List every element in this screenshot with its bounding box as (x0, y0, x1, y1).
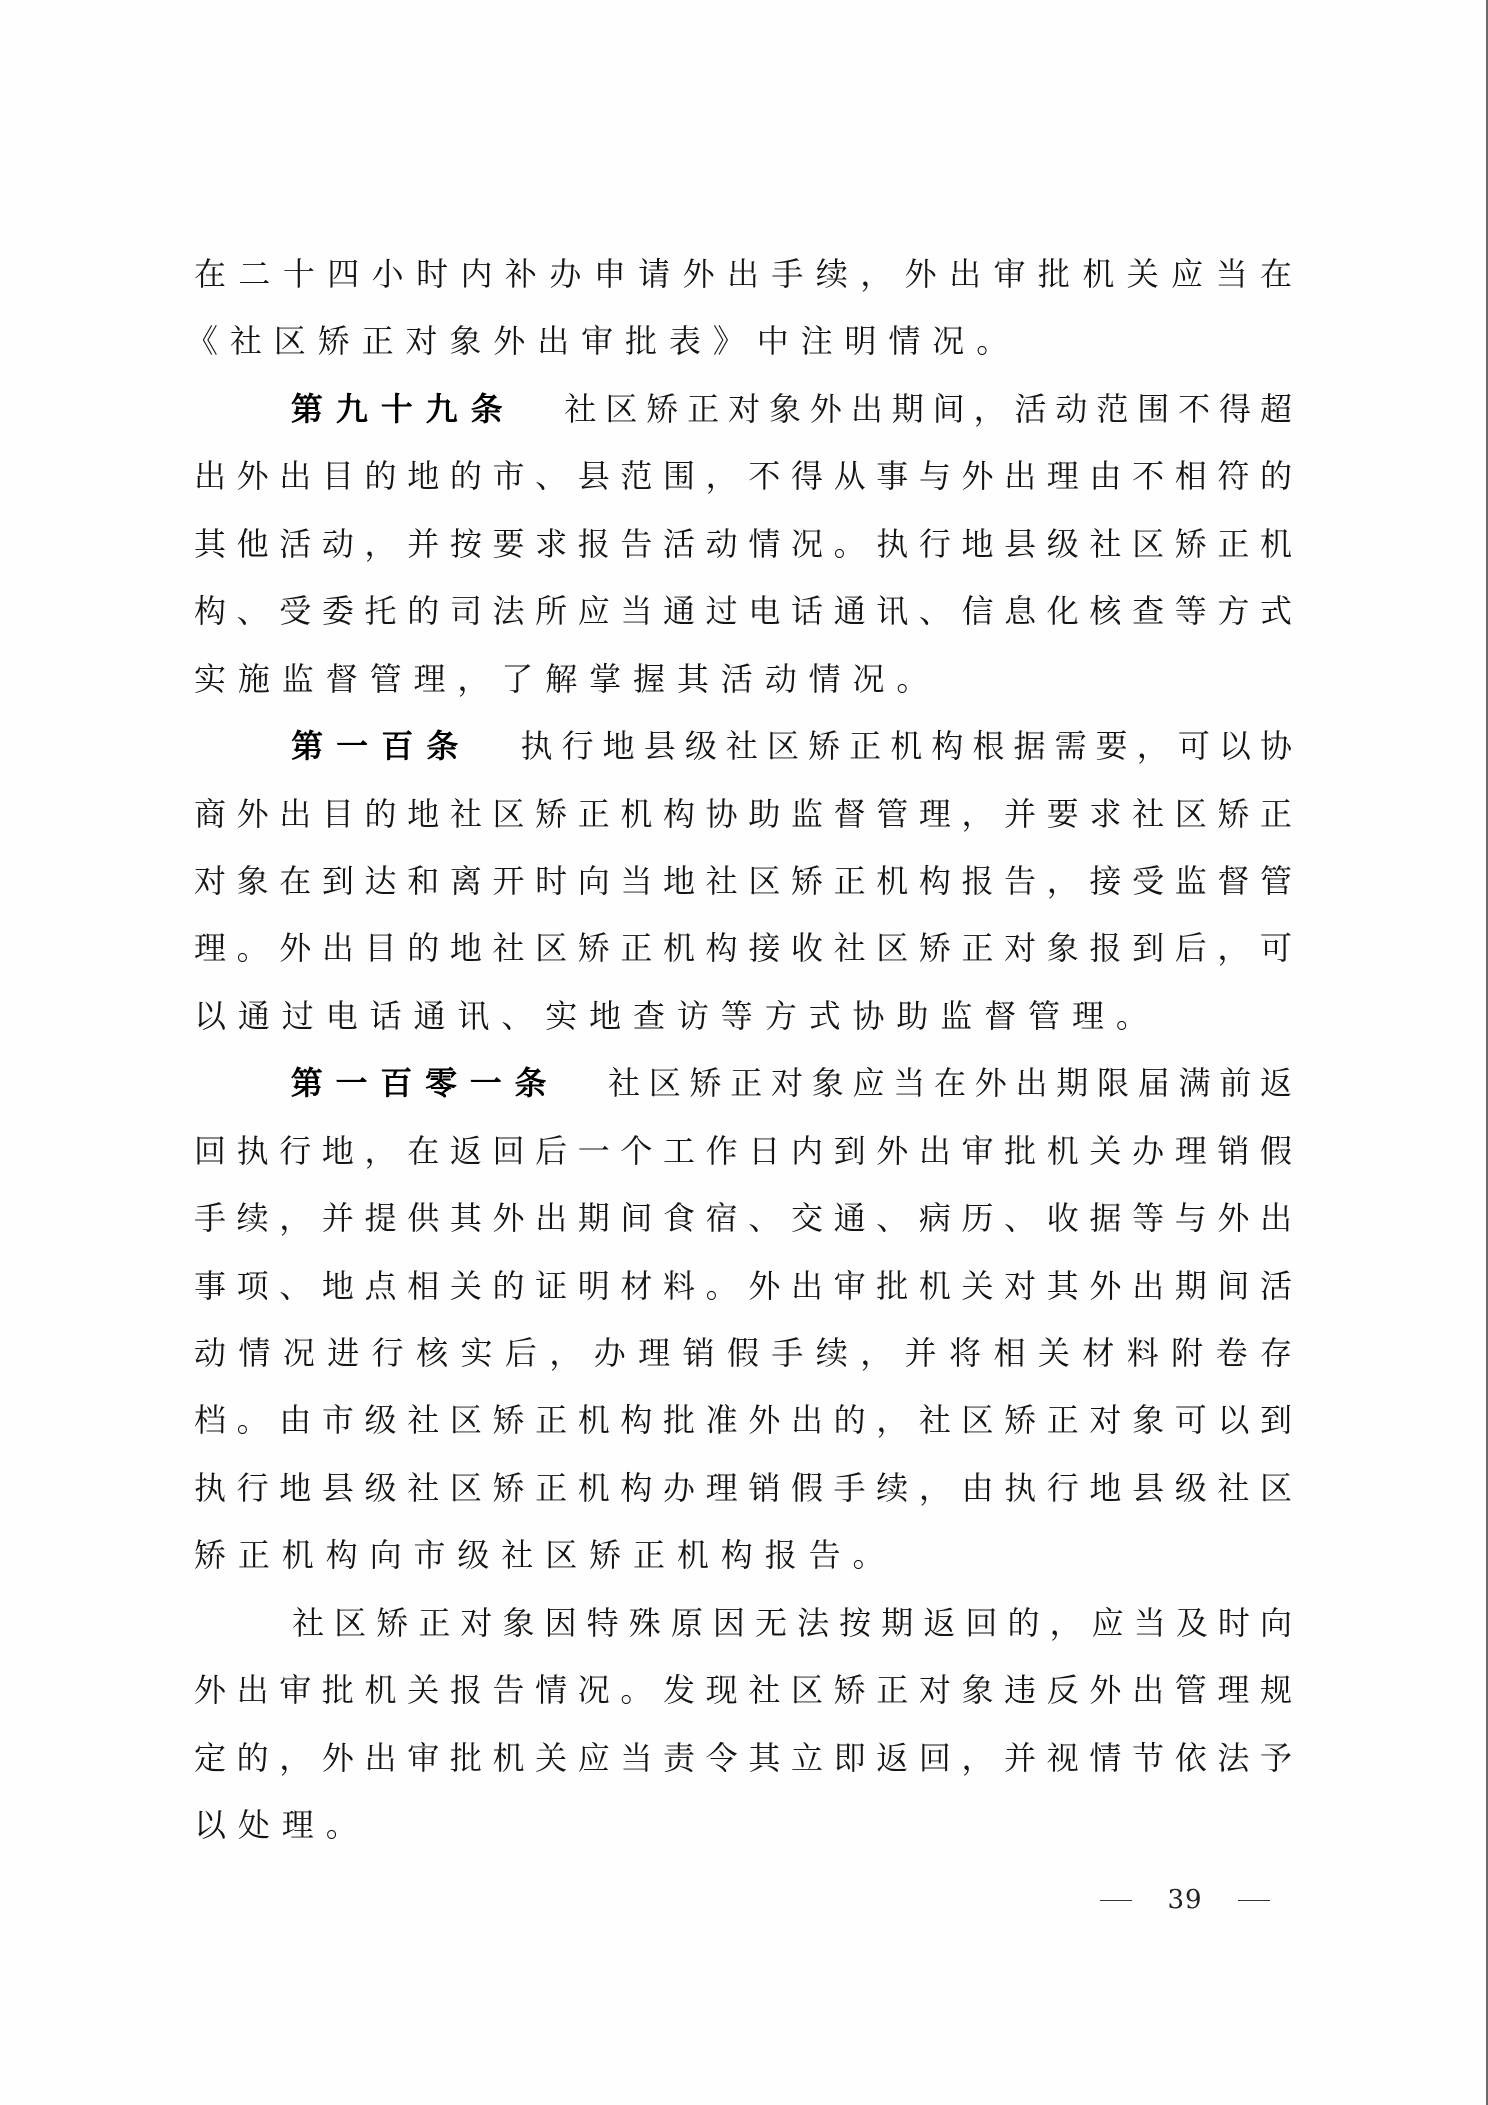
left-dash-icon (1100, 1900, 1132, 1901)
paragraph-line: 出外出目的地的市、县范围，不得从事与外出理由不相符的 (194, 443, 1292, 510)
line-text: 执行地县级社区矫正机构办理销假手续，由执行地县级社区 (194, 1469, 1292, 1507)
paragraph-line: 在二十四小时内补办申请外出手续，外出审批机关应当在 (194, 241, 1292, 308)
paragraph-line: 回执行地，在返回后一个工作日内到外出审批机关办理销假 (194, 1118, 1292, 1185)
paragraph-line: 实施监督管理，了解掌握其活动情况。 (194, 646, 1292, 713)
body-text: 在二十四小时内补办申请外出手续，外出审批机关应当在 《社区矫正对象外出审批表》中… (194, 241, 1292, 1860)
line-text: 定的，外出审批机关应当责令其立即返回，并视情节依法予 (194, 1739, 1292, 1777)
article-100-first-line: 第一百条执行地县级社区矫正机构根据需要，可以协 (194, 713, 1292, 780)
paragraph-line: 外出审批机关报告情况。发现社区矫正对象违反外出管理规 (194, 1657, 1292, 1724)
line-text: 事项、地点相关的证明材料。外出审批机关对其外出期间活 (194, 1267, 1292, 1305)
line-text: 出外出目的地的市、县范围，不得从事与外出理由不相符的 (194, 457, 1292, 495)
paragraph-line: 理。外出目的地社区矫正机构接收社区矫正对象报到后，可 (194, 915, 1292, 982)
line-text: 社区矫正对象外出期间，活动范围不得超 (556, 390, 1292, 428)
paragraph-line: 执行地县级社区矫正机构办理销假手续，由执行地县级社区 (194, 1455, 1292, 1522)
line-text: 社区矫正对象应当在外出期限届满前返 (599, 1064, 1292, 1102)
article-99-first-line: 第九十九条社区矫正对象外出期间，活动范围不得超 (194, 376, 1292, 443)
paragraph-line: 《社区矫正对象外出审批表》中注明情况。 (186, 308, 1292, 375)
article-heading: 第一百零一条 (282, 1064, 559, 1102)
paragraph-line: 商外出目的地社区矫正机构协助监督管理，并要求社区矫正 (194, 781, 1292, 848)
line-text: 商外出目的地社区矫正机构协助监督管理，并要求社区矫正 (194, 795, 1292, 833)
line-text: 以处理。 (194, 1806, 370, 1844)
line-text: 理。外出目的地社区矫正机构接收社区矫正对象报到后，可 (194, 929, 1292, 967)
line-text: 外出审批机关报告情况。发现社区矫正对象违反外出管理规 (194, 1671, 1292, 1709)
line-text: 矫正机构向市级社区矫正机构报告。 (194, 1536, 896, 1574)
right-dash-icon (1238, 1900, 1270, 1901)
page-number: 39 (1100, 1880, 1270, 1920)
paragraph-line: 以处理。 (194, 1792, 1292, 1859)
paragraph-line: 事项、地点相关的证明材料。外出审批机关对其外出期间活 (194, 1253, 1292, 1320)
line-text: 社区矫正对象因特殊原因无法按期返回的，应当及时向 (282, 1604, 1292, 1642)
paragraph-line: 档。由市级社区矫正机构批准外出的，社区矫正对象可以到 (194, 1387, 1292, 1454)
line-text: 以通过电话通讯、实地查访等方式协助监督管理。 (194, 997, 1160, 1035)
line-text: 其他活动，并按要求报告活动情况。执行地县级社区矫正机 (194, 525, 1292, 563)
article-101-first-line: 第一百零一条社区矫正对象应当在外出期限届满前返 (194, 1050, 1292, 1117)
line-text: 对象在到达和离开时向当地社区矫正机构报告，接受监督管 (194, 862, 1292, 900)
line-text: 动情况进行核实后，办理销假手续，并将相关材料附卷存 (194, 1334, 1292, 1372)
paragraph-line: 构、受委托的司法所应当通过电话通讯、信息化核查等方式 (194, 578, 1292, 645)
page-number-value: 39 (1167, 1885, 1202, 1915)
line-text: 回执行地，在返回后一个工作日内到外出审批机关办理销假 (194, 1132, 1292, 1170)
line-text: 《社区矫正对象外出审批表》中注明情况。 (186, 322, 1020, 360)
paragraph-line: 矫正机构向市级社区矫正机构报告。 (194, 1522, 1292, 1589)
line-text: 实施监督管理，了解掌握其活动情况。 (194, 660, 940, 698)
article-heading: 第九十九条 (282, 390, 516, 428)
paragraph-line: 其他活动，并按要求报告活动情况。执行地县级社区矫正机 (194, 511, 1292, 578)
line-text: 档。由市级社区矫正机构批准外出的，社区矫正对象可以到 (194, 1401, 1292, 1439)
paragraph-first-line: 社区矫正对象因特殊原因无法按期返回的，应当及时向 (194, 1590, 1292, 1657)
document-page: 在二十四小时内补办申请外出手续，外出审批机关应当在 《社区矫正对象外出审批表》中… (0, 0, 1488, 2105)
line-text: 构、受委托的司法所应当通过电话通讯、信息化核查等方式 (194, 592, 1292, 630)
paragraph-line: 以通过电话通讯、实地查访等方式协助监督管理。 (194, 983, 1292, 1050)
line-text: 执行地县级社区矫正机构根据需要，可以协 (511, 727, 1292, 765)
paragraph-line: 对象在到达和离开时向当地社区矫正机构报告，接受监督管 (194, 848, 1292, 915)
article-heading: 第一百条 (282, 727, 471, 765)
paragraph-line: 定的，外出审批机关应当责令其立即返回，并视情节依法予 (194, 1725, 1292, 1792)
line-text: 在二十四小时内补办申请外出手续，外出审批机关应当在 (194, 255, 1292, 293)
paragraph-line: 动情况进行核实后，办理销假手续，并将相关材料附卷存 (194, 1320, 1292, 1387)
paragraph-line: 手续，并提供其外出期间食宿、交通、病历、收据等与外出 (194, 1185, 1292, 1252)
line-text: 手续，并提供其外出期间食宿、交通、病历、收据等与外出 (194, 1199, 1292, 1237)
